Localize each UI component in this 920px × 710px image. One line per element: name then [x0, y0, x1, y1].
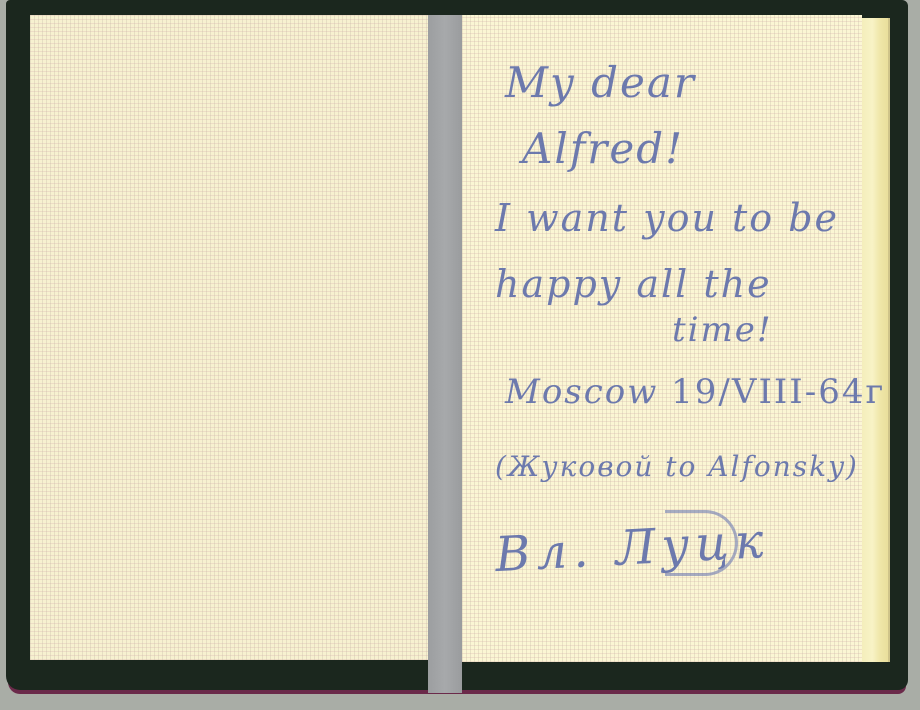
inscription-line: time!	[672, 310, 773, 350]
inscription-line: I want you to be	[495, 196, 839, 240]
inscription-place-date: Moscow 19/VIII-64г	[505, 372, 885, 412]
inscription-date: 19/VIII-64г	[671, 372, 885, 412]
inscription-place: Moscow	[505, 372, 658, 412]
left-page	[30, 15, 430, 660]
signature-flourish	[665, 510, 738, 576]
inscription-name: Alfred!	[522, 124, 684, 173]
page-edges	[862, 18, 890, 662]
inscription-greeting: My dear	[505, 58, 696, 107]
inscription-line: happy all the	[495, 262, 772, 306]
inscription-note: (Жуковой to Alfonsky)	[495, 450, 859, 483]
ribbon-bookmark	[428, 15, 462, 693]
